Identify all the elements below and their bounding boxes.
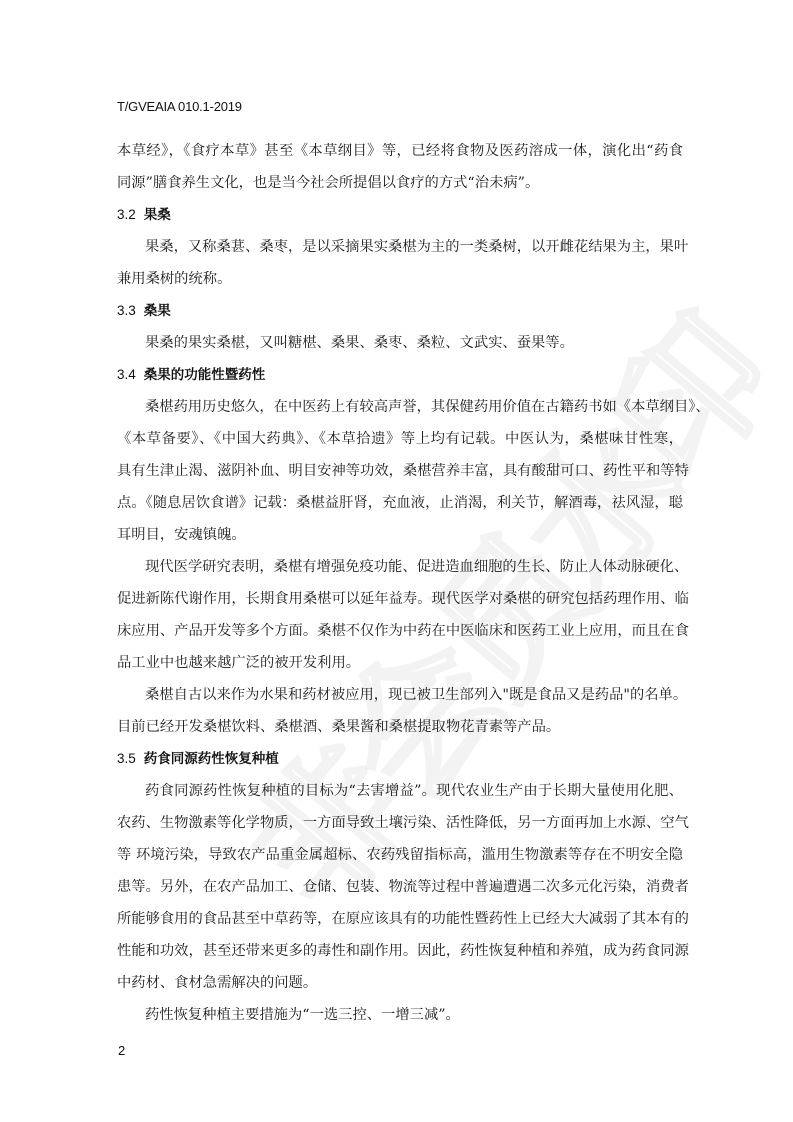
section-number: 3.2 — [117, 207, 136, 222]
body-line: 性能和功效，甚至还带来更多的毒性和副作用。因此，药性恢复种植和养殖，成为药食同源 — [117, 940, 683, 972]
body-line: 桑椹药用历史悠久，在中医药上有较高声誉，其保健药用价值在古籍药书如《本草纲目》、 — [117, 396, 683, 428]
body-line: 《本草备要》、《中国大药典》、《本草拾遗》等上均有记载。中医认为，桑椹味甘性寒， — [117, 428, 683, 460]
body-line: 同源”膳食养生文化，也是当今社会所提倡以食疗的方式“治未病”。 — [117, 172, 683, 204]
section-heading-3-4: 3.4桑果的功能性暨药性 — [117, 364, 683, 396]
body-line: 本草经》，《食疗本草》甚至《本草纲目》等，已经将食物及医药溶成一体，演化出“药食 — [117, 140, 683, 172]
document-body: 本草经》，《食疗本草》甚至《本草纲目》等，已经将食物及医药溶成一体，演化出“药食… — [117, 140, 683, 1036]
body-line: 农药、生物激素等化学物质，一方面导致土壤污染、活性降低，另一方面再加上水源、空气 — [117, 812, 683, 844]
body-line: 促进新陈代谢作用，长期食用桑椹可以延年益寿。现代医学对桑椹的研究包括药理作用、临 — [117, 588, 683, 620]
section-title: 果桑 — [144, 207, 171, 223]
page-number: 2 — [118, 1043, 125, 1058]
body-line: 等 环境污染，导致农产品重金属超标、农药残留指标高，滥用生物激素等存在不明安全隐 — [117, 844, 683, 876]
body-line: 耳明目，安魂镇魄。 — [117, 524, 683, 556]
body-line: 药食同源药性恢复种植的目标为“去害增益”。现代农业生产由于长期大量使用化肥、 — [117, 780, 683, 812]
document-page: 非会员水印 T/GVEAIA 010.1-2019 本草经》，《食疗本草》甚至《… — [0, 0, 793, 1122]
body-line: 目前已经开发桑椹饮料、桑椹酒、桑果酱和桑椹提取物花青素等产品。 — [117, 716, 683, 748]
section-title: 药食同源药性恢复种植 — [144, 751, 279, 767]
body-line: 桑椹自古以来作为水果和药材被应用，现已被卫生部列入"既是食品又是药品"的名单。 — [117, 684, 683, 716]
body-line: 品工业中也越来越广泛的被开发利用。 — [117, 652, 683, 684]
section-title: 桑果 — [144, 303, 171, 319]
body-line: 兼用桑树的统称。 — [117, 268, 683, 300]
body-line: 药性恢复种植主要措施为“一选三控、一增三减”。 — [117, 1004, 683, 1036]
body-line: 点。《随息居饮食谱》记载：桑椹益肝肾，充血液，止消渴，利关节，解酒毒，祛风湿，聪 — [117, 492, 683, 524]
body-line: 现代医学研究表明，桑椹有增强免疫功能、促进造血细胞的生长、防止人体动脉硬化、 — [117, 556, 683, 588]
body-line: 果桑的果实桑椹，又叫糖椹、桑果、桑枣、桑粒、文武实、蚕果等。 — [117, 332, 683, 364]
body-line: 床应用、产品开发等多个方面。桑椹不仅作为中药在中医临床和医药工业上应用，而且在食 — [117, 620, 683, 652]
section-number: 3.3 — [117, 303, 136, 318]
body-line: 具有生津止渴、滋阴补血、明目安神等功效，桑椹营养丰富，具有酸甜可口、药性平和等特 — [117, 460, 683, 492]
body-line: 患等。另外，在农产品加工、仓储、包装、物流等过程中普遍遭遇二次多元化污染，消费者 — [117, 876, 683, 908]
body-line: 所能够食用的食品甚至中草药等，在原应该具有的功能性暨药性上已经大大减弱了其本有的 — [117, 908, 683, 940]
document-code: T/GVEAIA 010.1-2019 — [117, 99, 242, 114]
body-line: 果桑，又称桑葚、桑枣，是以采摘果实桑椹为主的一类桑树，以开雌花结果为主，果叶 — [117, 236, 683, 268]
section-number: 3.4 — [117, 367, 136, 382]
section-heading-3-5: 3.5药食同源药性恢复种植 — [117, 748, 683, 780]
section-heading-3-3: 3.3桑果 — [117, 300, 683, 332]
section-number: 3.5 — [117, 751, 136, 766]
section-heading-3-2: 3.2果桑 — [117, 204, 683, 236]
section-title: 桑果的功能性暨药性 — [144, 367, 266, 383]
body-line: 中药材、食材急需解决的问题。 — [117, 972, 683, 1004]
